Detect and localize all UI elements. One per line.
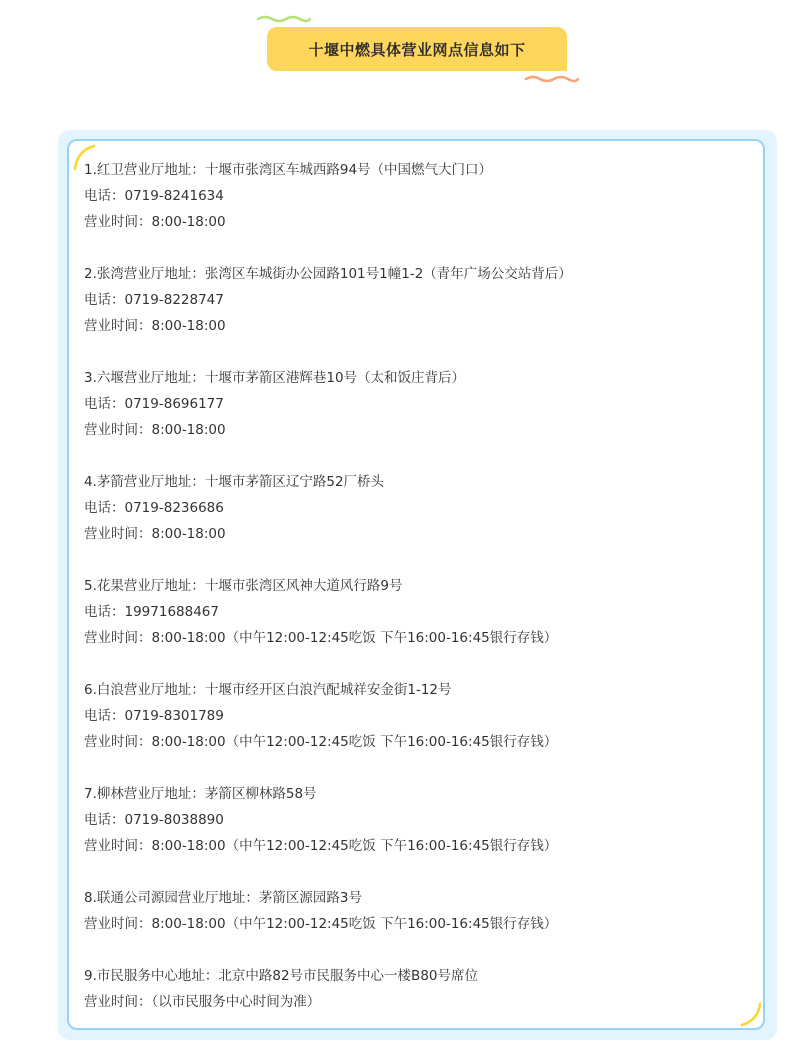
page-title: 十堰中燃具体营业网点信息如下 bbox=[308, 39, 525, 60]
branch-entry: 1.红卫营业厅地址：十堰市张湾区车城西路94号（中国燃气大门口） 电话：0719… bbox=[84, 157, 754, 235]
branch-phone: 电话：0719-8301789 bbox=[84, 703, 754, 729]
branch-hours: 营业时间：8:00-18:00 bbox=[84, 313, 754, 339]
branch-address: 7.柳林营业厅地址：茅箭区柳林路58号 bbox=[84, 781, 754, 807]
branch-list: 1.红卫营业厅地址：十堰市张湾区车城西路94号（中国燃气大门口） 电话：0719… bbox=[84, 157, 754, 1041]
orange-wave-decoration bbox=[524, 74, 580, 84]
branch-phone: 电话：0719-8236686 bbox=[84, 495, 754, 521]
branch-address: 4.茅箭营业厅地址：十堰市茅箭区辽宁路52厂桥头 bbox=[84, 469, 754, 495]
branch-phone: 电话：0719-8241634 bbox=[84, 183, 754, 209]
branch-entry: 8.联通公司源园营业厅地址：茅箭区源园路3号 营业时间：8:00-18:00（中… bbox=[84, 885, 754, 937]
branch-address: 1.红卫营业厅地址：十堰市张湾区车城西路94号（中国燃气大门口） bbox=[84, 157, 754, 183]
branch-phone: 电话：0719-8038890 bbox=[84, 807, 754, 833]
branch-entry: 4.茅箭营业厅地址：十堰市茅箭区辽宁路52厂桥头 电话：0719-8236686… bbox=[84, 469, 754, 547]
branch-entry: 2.张湾营业厅地址：张湾区车城街办公园路101号1幢1-2（青年广场公交站背后）… bbox=[84, 261, 754, 339]
title-box: 十堰中燃具体营业网点信息如下 bbox=[267, 27, 567, 71]
branch-hours: 营业时间：8:00-18:00 bbox=[84, 417, 754, 443]
branch-entry: 9.市民服务中心地址：北京中路82号市民服务中心一楼B80号席位 营业时间：（以… bbox=[84, 963, 754, 1015]
branch-hours: 营业时间：8:00-18:00（中午12:00-12:45吃饭 下午16:00-… bbox=[84, 911, 754, 937]
branch-hours: 营业时间：8:00-18:00 bbox=[84, 521, 754, 547]
branch-entry: 6.白浪营业厅地址：十堰市经开区白浪汽配城祥安金街1-12号 电话：0719-8… bbox=[84, 677, 754, 755]
branch-hours: 营业时间：8:00-18:00（中午12:00-12:45吃饭 下午16:00-… bbox=[84, 729, 754, 755]
branch-hours: 营业时间：8:00-18:00（中午12:00-12:45吃饭 下午16:00-… bbox=[84, 625, 754, 651]
branch-phone: 电话：19971688467 bbox=[84, 599, 754, 625]
branch-address: 2.张湾营业厅地址：张湾区车城街办公园路101号1幢1-2（青年广场公交站背后） bbox=[84, 261, 754, 287]
branch-entry: 5.花果营业厅地址：十堰市张湾区风神大道风行路9号 电话：19971688467… bbox=[84, 573, 754, 651]
branch-phone: 电话：0719-8228747 bbox=[84, 287, 754, 313]
title-banner: 十堰中燃具体营业网点信息如下 bbox=[267, 27, 567, 71]
branch-entry: 3.六堰营业厅地址：十堰市茅箭区港辉巷10号（太和饭庄背后） 电话：0719-8… bbox=[84, 365, 754, 443]
branch-hours: 营业时间：8:00-18:00 bbox=[84, 209, 754, 235]
branch-address: 9.市民服务中心地址：北京中路82号市民服务中心一楼B80号席位 bbox=[84, 963, 754, 989]
branch-hours: 营业时间：（以市民服务中心时间为准） bbox=[84, 989, 754, 1015]
branch-address: 8.联通公司源园营业厅地址：茅箭区源园路3号 bbox=[84, 885, 754, 911]
branch-phone: 电话：0719-8696177 bbox=[84, 391, 754, 417]
branch-address: 5.花果营业厅地址：十堰市张湾区风神大道风行路9号 bbox=[84, 573, 754, 599]
branch-entry: 7.柳林营业厅地址：茅箭区柳林路58号 电话：0719-8038890 营业时间… bbox=[84, 781, 754, 859]
branch-hours: 营业时间：8:00-18:00（中午12:00-12:45吃饭 下午16:00-… bbox=[84, 833, 754, 859]
green-wave-decoration bbox=[256, 14, 312, 24]
branch-address: 6.白浪营业厅地址：十堰市经开区白浪汽配城祥安金街1-12号 bbox=[84, 677, 754, 703]
branch-address: 3.六堰营业厅地址：十堰市茅箭区港辉巷10号（太和饭庄背后） bbox=[84, 365, 754, 391]
